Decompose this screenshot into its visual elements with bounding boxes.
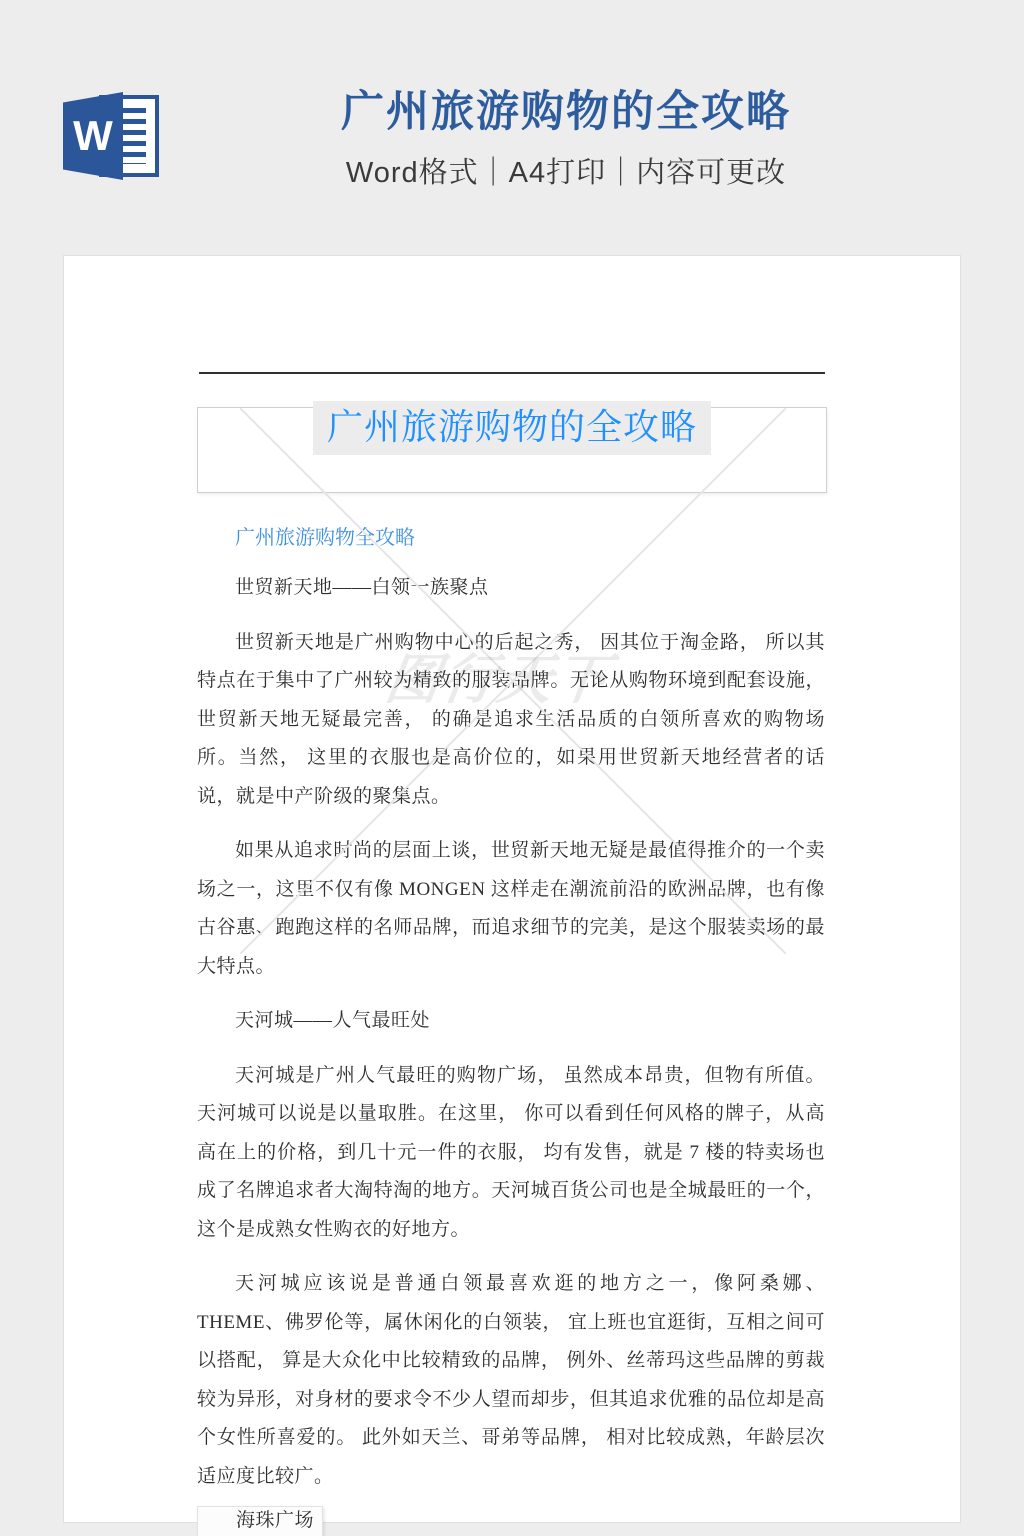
section-heading: 世贸新天地——白领一族聚点 <box>197 569 825 608</box>
body-paragraph: 天河城是广州人气最旺的购物广场， 虽然成本昂贵，但物有所值。天河城可以说是以量取… <box>197 1057 825 1250</box>
body-paragraph: 世贸新天地是广州购物中心的后起之秀， 因其位于淘金路， 所以其特点在于集中了广州… <box>197 624 825 817</box>
highlight-box: 海珠广场 <box>197 1506 323 1536</box>
header-rule <box>199 372 825 374</box>
word-icon-text-lines <box>120 108 146 164</box>
page-subtitle: Word格式｜A4打印｜内容可更改 <box>170 156 962 190</box>
document-blocks: 世贸新天地——白领一族聚点世贸新天地是广州购物中心的后起之秀， 因其位于淘金路，… <box>197 569 825 1536</box>
header-text: 广州旅游购物的全攻略 Word格式｜A4打印｜内容可更改 <box>170 86 962 190</box>
site-header: W 广州旅游购物的全攻略 Word格式｜A4打印｜内容可更改 <box>0 0 1024 256</box>
boxed-heading: 海珠广场 <box>197 1502 825 1536</box>
document-body: 广州旅游购物全攻略 世贸新天地——白领一族聚点世贸新天地是广州购物中心的后起之秀… <box>197 523 825 1536</box>
word-icon-letter: W <box>73 115 113 157</box>
body-paragraph: 如果从追求时尚的层面上谈，世贸新天地无疑是最值得推介的一个卖场之一，这里不仅有像… <box>197 832 825 986</box>
body-paragraph: 天河城应该说是普通白领最喜欢逛的地方之一，像阿桑娜、 THEME、佛罗伦等，属休… <box>197 1265 825 1496</box>
word-file-icon: W <box>63 92 159 180</box>
word-icon-cover: W <box>63 92 123 180</box>
document-page: 图行天下 广州旅游购物的全攻略 广州旅游购物全攻略 世贸新天地——白领一族聚点世… <box>64 256 960 1522</box>
section-heading: 天河城——人气最旺处 <box>197 1002 825 1041</box>
document-title-frame: 广州旅游购物的全攻略 <box>197 407 827 493</box>
document-title: 广州旅游购物的全攻略 <box>313 401 711 455</box>
page-title: 广州旅游购物的全攻略 <box>170 86 962 138</box>
document-link-heading[interactable]: 广州旅游购物全攻略 <box>197 523 825 553</box>
